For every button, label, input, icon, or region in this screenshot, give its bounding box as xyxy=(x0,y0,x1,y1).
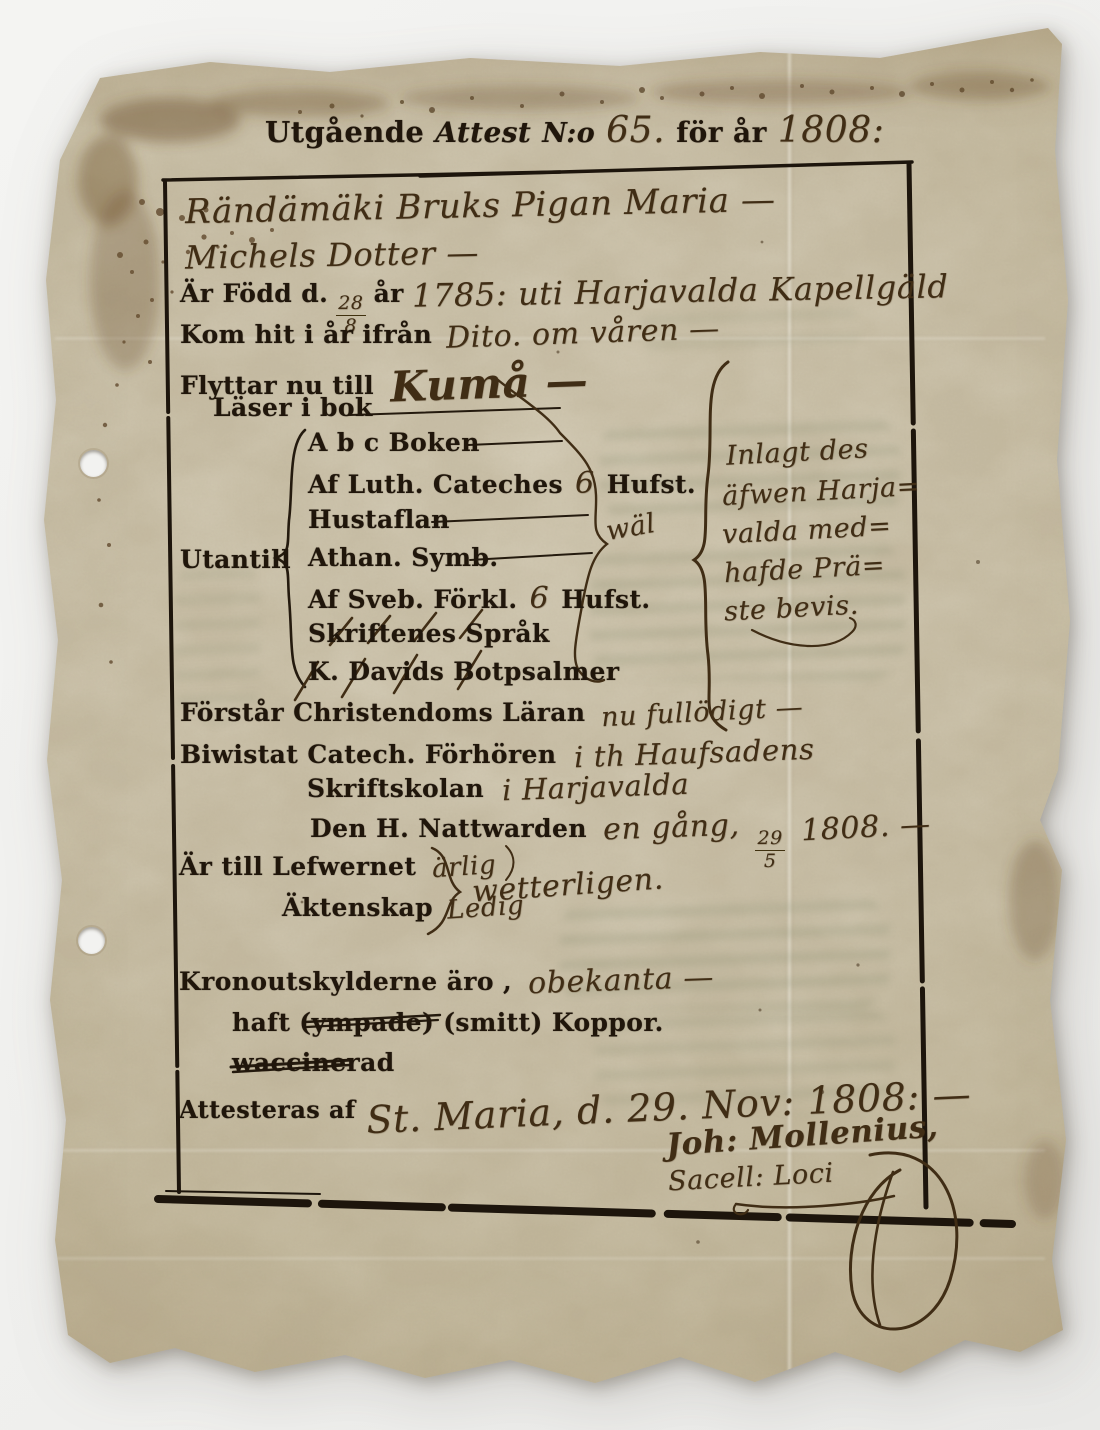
booklist-label: A b c Boken xyxy=(308,428,480,457)
booklist-item: Hustaflan xyxy=(308,505,450,534)
booklist-label: Af Luth. Cateches xyxy=(308,470,563,499)
school-value: i Harjavalda xyxy=(502,767,690,808)
born-year-label: år xyxy=(374,279,404,308)
came-from-value: Dito. om våren — xyxy=(446,311,721,356)
booklist-label: K. Davids Botpsalmer xyxy=(308,657,619,686)
understands-value: nu fullödigt — xyxy=(601,692,805,734)
pox-struck-word: (ympade) xyxy=(299,1008,434,1037)
punch-hole-top xyxy=(80,450,107,477)
booklist-label: Skriftenes Språk xyxy=(308,619,550,648)
moves-to-value: Kumå — xyxy=(389,356,589,412)
booklist-suffix: Hufst. xyxy=(561,585,650,614)
born-frac-numerator: 28 xyxy=(336,294,365,316)
utantill-label-row: Utantill xyxy=(180,545,291,574)
punch-hole-bottom xyxy=(78,927,105,954)
reads-in-book-row: Läser i bok xyxy=(213,393,373,422)
person-patronym-text: Michels Dotter — xyxy=(185,233,480,276)
booklist-suffix: Hufst. xyxy=(607,470,696,499)
pox-rest: (smitt) Koppor. xyxy=(443,1008,664,1037)
communion-date-fraction: 29 5 xyxy=(755,829,784,871)
attested-label: Attesteras af xyxy=(179,1095,356,1124)
taxes-value: obekanta — xyxy=(528,960,715,1001)
document-header: Utgående Attest N:o 65. för år 1808: xyxy=(265,110,884,151)
vaccinated-row-struck: waccinerad xyxy=(232,1048,395,1077)
taxes-label: Kronoutskylderne äro , xyxy=(179,967,512,996)
header-year: 1808: xyxy=(778,110,885,151)
booklist-item-struck: K. Davids Botpsalmer xyxy=(308,657,619,686)
booklist-item: Af Luth. Cateches 6 Hufst. xyxy=(308,466,696,501)
booklist-label: Athan. Symb. xyxy=(308,543,498,572)
conduct-label: Är till Lefwernet xyxy=(179,852,416,881)
born-value: 1785: uti Harjavalda Kapellgäld xyxy=(411,267,948,314)
header-attest-word: Attest xyxy=(435,116,531,149)
utantill-label: Utantill xyxy=(180,545,291,574)
came-from-label: Kom hit i år ifrån xyxy=(180,320,432,349)
communion-year: 1808. — xyxy=(800,807,931,849)
header-prefix: Utgående xyxy=(265,115,424,149)
attended-value: i th Haufsadens xyxy=(574,732,816,774)
booklist-label: Hustaflan xyxy=(308,505,450,534)
person-name-line2: Michels Dotter — xyxy=(185,233,480,276)
conduct-row: Är till Lefwernet ärlig xyxy=(179,852,497,882)
paper-sheet: Utgående Attest N:o 65. för år 1808: Rän… xyxy=(0,0,1100,1430)
header-middle: för år xyxy=(676,116,767,149)
communion-label: Den H. Nattwarden xyxy=(310,814,587,843)
booklist-grade-number: 6 xyxy=(575,466,595,501)
booklist-grade-number: 6 xyxy=(530,581,550,616)
attended-row: Biwistat Catech. Förhören i th Haufsaden… xyxy=(180,736,815,770)
came-from-row: Kom hit i år ifrån Dito. om våren — xyxy=(180,316,720,351)
booklist-item: Athan. Symb. xyxy=(308,543,498,572)
attended-label: Biwistat Catech. Förhören xyxy=(180,740,556,769)
booklist-item: A b c Boken xyxy=(308,428,480,457)
communion-value: en gång, xyxy=(602,808,740,848)
scanned-document-photo: Utgående Attest N:o 65. för år 1808: Rän… xyxy=(0,0,1100,1430)
crown-taxes-row: Kronoutskylderne äro , obekanta — xyxy=(179,963,714,998)
paper-shadow: Utgående Attest N:o 65. för år 1808: Rän… xyxy=(0,0,1100,1430)
communion-frac-numerator: 29 xyxy=(755,829,784,851)
understands-row: Förstår Christendoms Läran nu fullödigt … xyxy=(180,697,804,728)
smallpox-row: haft (ympade) (smitt) Koppor. xyxy=(232,1008,664,1037)
communion-frac-denominator: 5 xyxy=(764,851,777,871)
understands-label: Förstår Christendoms Läran xyxy=(180,698,585,727)
booklist-item-struck: Skriftenes Språk xyxy=(308,619,550,648)
booklist-label: Af Sveb. Förkl. xyxy=(308,585,518,614)
vaccinated-word: waccinerad xyxy=(232,1048,395,1077)
reads-in-book-label: Läser i bok xyxy=(213,393,373,422)
born-label: Är Född d. xyxy=(180,279,328,308)
header-attest-number: 65. xyxy=(606,110,665,151)
booklist-item: Af Sveb. Förkl. 6 Hufst. xyxy=(308,581,651,616)
marriage-label: Äktenskap xyxy=(282,893,433,922)
school-label: Skriftskolan xyxy=(307,774,484,803)
header-number-label: N:o xyxy=(542,118,595,149)
confirmation-school-row: Skriftskolan i Harjavalda xyxy=(307,770,689,804)
pox-label: haft xyxy=(232,1008,290,1037)
